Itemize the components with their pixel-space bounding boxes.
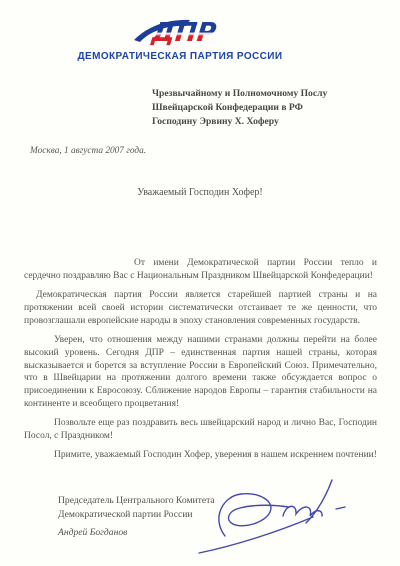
paragraph-party-history: Демократическая партия России является с… bbox=[24, 289, 377, 327]
paragraph-greeting: Позвольте еще раз поздравить весь швейца… bbox=[24, 417, 377, 443]
logo-text: ДПР bbox=[149, 18, 217, 48]
paragraph-relations: Уверен, что отношения между нашими стран… bbox=[24, 334, 377, 411]
paragraph-congratulation: От имени Демократической партии России т… bbox=[24, 257, 377, 283]
salutation: Уважаемый Господин Хофер! bbox=[0, 187, 400, 198]
recipient-line-2: Швейцарской Конфедерации в РФ bbox=[152, 101, 327, 115]
signatory-title-line-2: Демократической партии России bbox=[58, 508, 215, 522]
dateline: Москва, 1 августа 2007 года. bbox=[30, 146, 146, 156]
party-name: ДЕМОКРАТИЧЕСКАЯ ПАРТИЯ РОССИИ bbox=[0, 51, 360, 62]
letter-page: ДПР ДЕМОКРАТИЧЕСКАЯ ПАРТИЯ РОССИИ Чрезвы… bbox=[0, 0, 400, 566]
signatory-name: Андрей Богданов bbox=[58, 527, 127, 538]
letterhead: ДПР ДЕМОКРАТИЧЕСКАЯ ПАРТИЯ РОССИИ bbox=[0, 14, 360, 62]
recipient-line-3: Господину Эрвину Х. Хоферу bbox=[152, 115, 327, 129]
signature-stroke-loop bbox=[219, 494, 288, 536]
recipient-block: Чрезвычайному и Полномочному Послу Швейц… bbox=[152, 87, 327, 130]
signatory-title-line-1: Председатель Центрального Комитета bbox=[58, 494, 215, 508]
letter-body: От имени Демократической партии России т… bbox=[24, 257, 377, 469]
signature-stroke-tick bbox=[336, 507, 345, 509]
signatory-title: Председатель Центрального Комитета Демок… bbox=[58, 494, 215, 521]
handwritten-signature bbox=[195, 476, 350, 556]
dpr-party-logo-icon: ДПР bbox=[120, 14, 240, 48]
signature-stroke-slash bbox=[306, 480, 332, 523]
paragraph-closing: Примите, уважаемый Господин Хофер, увере… bbox=[24, 449, 377, 462]
recipient-line-1: Чрезвычайному и Полномочному Послу bbox=[152, 87, 327, 101]
